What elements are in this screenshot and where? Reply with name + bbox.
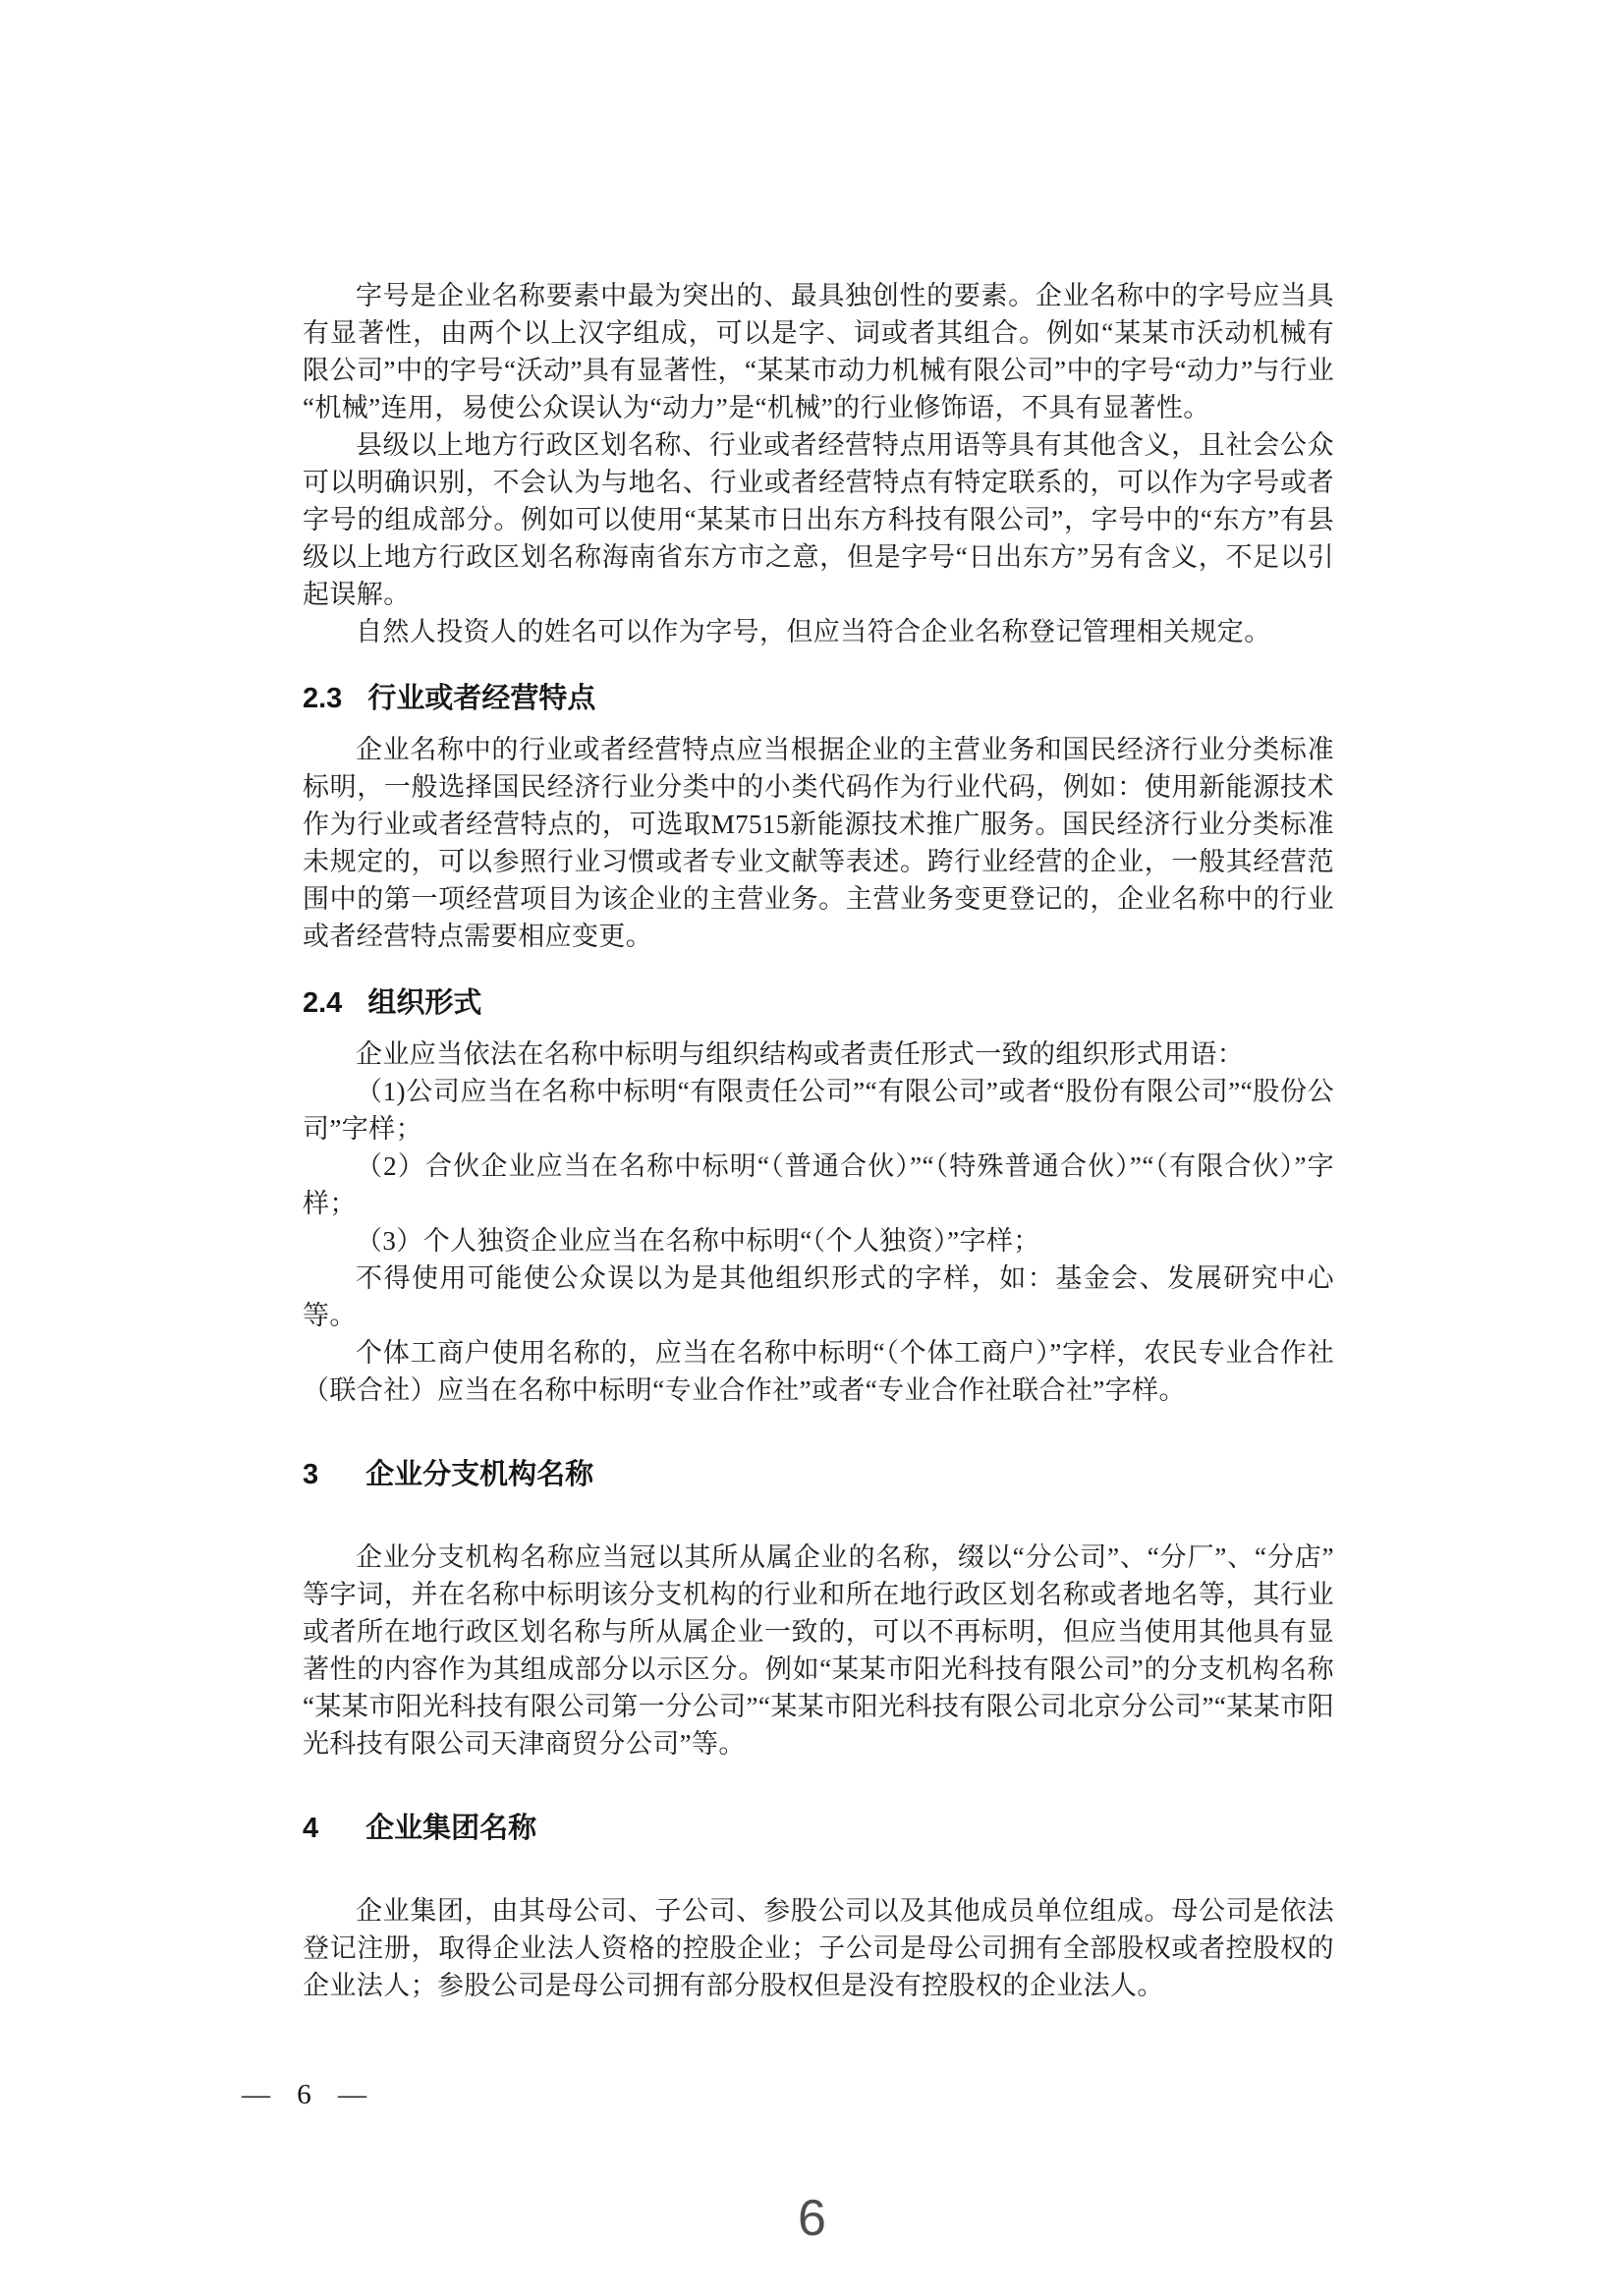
section-number: 2.3	[303, 683, 342, 714]
paragraph-natural-person-name: 自然人投资人的姓名可以作为字号，但应当符合企业名称登记管理相关规定。	[303, 613, 1334, 650]
paragraph-trade-name-distinctiveness: 字号是企业名称要素中最为突出的、最具独创性的要素。企业名称中的字号应当具有显著性…	[303, 277, 1334, 426]
section-number: 3	[303, 1459, 318, 1490]
paragraph-group-name-body: 企业集团，由其母公司、子公司、参股公司以及其他成员单位组成。母公司是依法登记注册…	[303, 1892, 1334, 2004]
paragraph-org-form-item-3: （3）个人独资企业应当在名称中标明“（个人独资）”字样；	[303, 1222, 1334, 1260]
section-title: 行业或者经营特点	[367, 683, 595, 714]
paragraph-org-form-item-1: （1)公司应当在名称中标明“有限责任公司”“有限公司”或者“股份有限公司”“股份…	[303, 1073, 1334, 1148]
paragraph-branch-name-body: 企业分支机构名称应当冠以其所从属企业的名称，缀以“分公司”、“分厂”、“分店”等…	[303, 1539, 1334, 1763]
paragraph-org-form-prohibited: 不得使用可能使公众误以为是其他组织形式的字样，如：基金会、发展研究中心等。	[303, 1260, 1334, 1334]
section-heading-group-name: 4企业集团名称	[303, 1810, 1334, 1847]
paragraph-org-form-item-2: （2）合伙企业应当在名称中标明“（普通合伙）”“（特殊普通合伙）”“（有限合伙）…	[303, 1148, 1334, 1222]
page-number: 6	[0, 2191, 1624, 2246]
section-title: 企业集团名称	[365, 1813, 536, 1844]
paragraph-industry-features-body: 企业名称中的行业或者经营特点应当根据企业的主营业务和国民经济行业分类标准标明，一…	[303, 731, 1334, 955]
section-number: 2.4	[303, 987, 342, 1019]
section-title: 组织形式	[367, 987, 481, 1019]
section-heading-branch-name: 3企业分支机构名称	[303, 1456, 1334, 1493]
section-heading-industry-features: 2.3行业或者经营特点	[303, 680, 1334, 717]
paragraph-individual-business-and-cooperative: 个体工商户使用名称的，应当在名称中标明“（个体工商户）”字样，农民专业合作社（联…	[303, 1334, 1334, 1409]
paragraph-admin-division-other-meaning: 县级以上地方行政区划名称、行业或者经营特点用语等具有其他含义，且社会公众可以明确…	[303, 426, 1334, 613]
section-heading-organization-form: 2.4组织形式	[303, 984, 1334, 1022]
section-number: 4	[303, 1813, 318, 1844]
document-content: 字号是企业名称要素中最为突出的、最具独创性的要素。企业名称中的字号应当具有显著性…	[303, 277, 1334, 2004]
page-footer-marker: — 6 —	[242, 2079, 372, 2111]
paragraph-org-form-intro: 企业应当依法在名称中标明与组织结构或者责任形式一致的组织形式用语：	[303, 1036, 1334, 1073]
section-title: 企业分支机构名称	[365, 1459, 593, 1490]
